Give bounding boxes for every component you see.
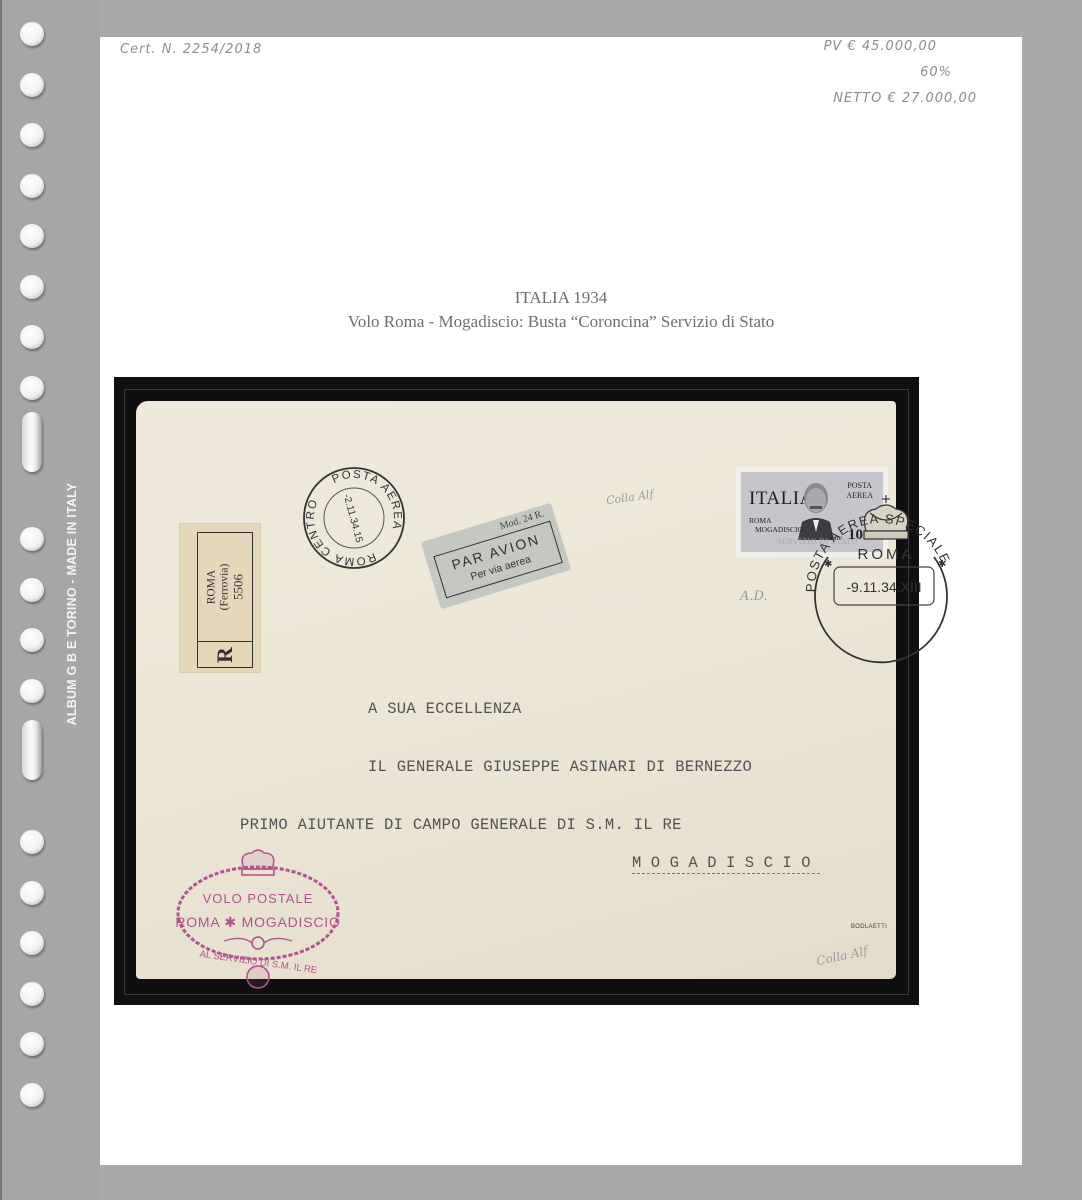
par-avion-label: Mod. 24 R. PAR AVION Per via aerea xyxy=(421,503,572,610)
address-line-4: MOGADISCIO xyxy=(632,854,820,874)
punch-hole xyxy=(20,628,44,652)
punch-hole xyxy=(20,73,44,97)
punch-hole xyxy=(20,982,44,1006)
printer-mark: BODLAETTI xyxy=(851,924,887,930)
svg-text:VOLO POSTALE: VOLO POSTALE xyxy=(203,891,314,906)
svg-text:✱: ✱ xyxy=(938,559,946,570)
address-line-1: A SUA ECCELLENZA xyxy=(368,700,522,718)
price-note-discount: 60% xyxy=(920,65,952,80)
svg-text:✱: ✱ xyxy=(824,559,832,570)
posta-aerea-speciale-postmark: ROMA -9.11.34.XIII POSTA AEREA SPECIALE … xyxy=(796,487,966,667)
album-brand: ALBUM G B E TORINO - MADE IN ITALY xyxy=(42,454,102,754)
registration-number: 5506 xyxy=(232,564,245,611)
album-brand-text: ALBUM G B E TORINO - MADE IN ITALY xyxy=(65,483,79,726)
punch-hole xyxy=(20,931,44,955)
volo-postale-cachet: VOLO POSTALE ROMA ✱ MOGADISCIO AL SERVIZ… xyxy=(172,847,344,995)
registration-letter: R xyxy=(212,647,238,663)
binder-slot-bottom xyxy=(22,720,42,780)
svg-text:POSTA AEREA: POSTA AEREA xyxy=(329,465,407,549)
svg-text:ROMA CENTRO: ROMA CENTRO xyxy=(301,483,379,571)
album-page: Cert. N. 2254/2018 PV € 45.000,00 60% NE… xyxy=(100,37,1022,1165)
punch-hole xyxy=(20,881,44,905)
certificate-note: Cert. N. 2254/2018 xyxy=(120,42,262,57)
punch-hole xyxy=(20,275,44,299)
svg-text:ROMA ✱ MOGADISCIO: ROMA ✱ MOGADISCIO xyxy=(175,914,340,930)
punch-hole xyxy=(20,22,44,46)
svg-text:ROMA: ROMA xyxy=(858,546,915,563)
pencil-signature-top: Colla Alf xyxy=(605,488,654,508)
roma-centro-postmark: ROMA CENTRO POSTA AEREA -2.11.34.15 xyxy=(301,465,407,571)
punch-hole xyxy=(20,527,44,551)
punch-hole xyxy=(20,325,44,349)
registration-office: ROMA xyxy=(206,564,219,611)
punch-hole xyxy=(20,224,44,248)
binder-slot-top xyxy=(22,412,42,472)
punch-hole xyxy=(20,830,44,854)
registration-label: ROMA (Ferrovia) 5506 R xyxy=(180,524,260,672)
punch-hole xyxy=(20,376,44,400)
page-subtitle: Volo Roma - Mogadiscio: Busta “Coroncina… xyxy=(100,312,1022,332)
pencil-signature-bottom: Colla Alf xyxy=(815,944,869,969)
address-line-3: PRIMO AIUTANTE DI CAMPO GENERALE DI S.M.… xyxy=(240,816,682,834)
punch-hole xyxy=(20,1032,44,1056)
price-note-pv: PV € 45.000,00 xyxy=(824,39,937,54)
envelope-cover: ROMA (Ferrovia) 5506 R ROMA CENTRO PO xyxy=(136,401,896,979)
punch-hole xyxy=(20,174,44,198)
pencil-initials: A.D. xyxy=(740,589,768,604)
svg-text:-9.11.34.XIII: -9.11.34.XIII xyxy=(846,579,921,595)
price-note-net: NETTO € 27.000,00 xyxy=(833,91,977,106)
page-title: ITALIA 1934 xyxy=(100,288,1022,308)
punch-hole xyxy=(20,679,44,703)
svg-text:-2.11.34.15: -2.11.34.15 xyxy=(341,493,365,544)
binder-strip: ALBUM G B E TORINO - MADE IN ITALY xyxy=(0,0,100,1200)
punch-hole xyxy=(20,123,44,147)
address-line-2: IL GENERALE GIUSEPPE ASINARI DI BERNEZZO xyxy=(368,758,752,776)
punch-hole xyxy=(20,578,44,602)
stamp-route: ROMA MOGADISCIO xyxy=(749,516,803,534)
punch-hole xyxy=(20,1083,44,1107)
